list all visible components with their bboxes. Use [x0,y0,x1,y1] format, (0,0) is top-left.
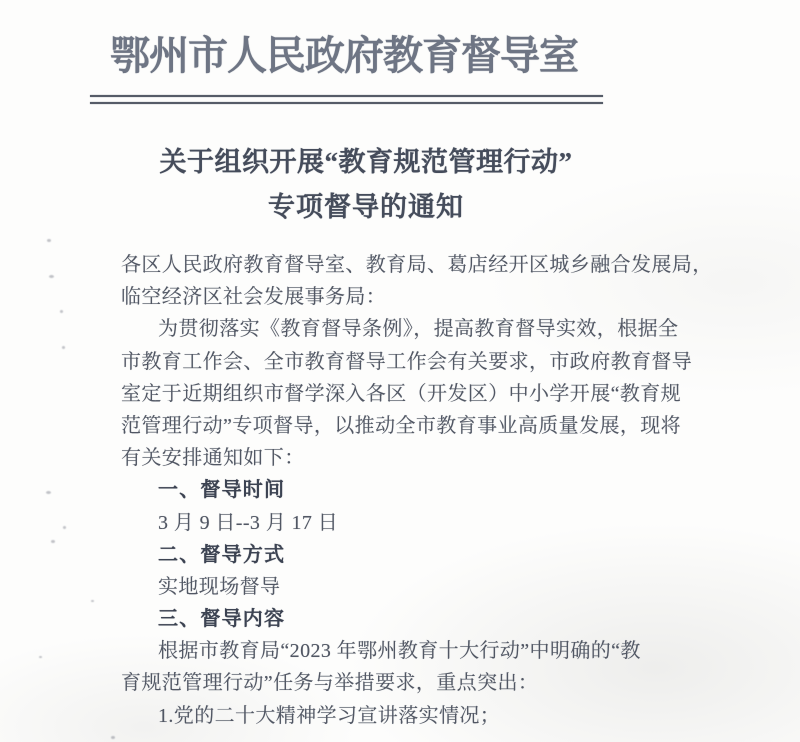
document-title-line-2: 专项督导的通知 [60,190,672,224]
letterhead-rule-bottom [90,102,603,104]
section-1-date-range: 3 月 9 日--3 月 17 日 [121,507,721,539]
letterhead-rule-top [90,95,603,97]
scan-speck [46,491,51,494]
addressee-line-2: 临空经济区社会发展事务局： [121,281,721,313]
scan-speck [60,310,63,313]
scan-speck [63,526,66,529]
document-title: 关于组织开展“教育规范管理行动” 专项督导的通知 [60,144,672,224]
addressee-line-1: 各区人民政府教育督导室、教育局、葛店经开区城乡融合发展局， [121,249,721,281]
scan-speck [91,600,94,602]
intro-paragraph-line-3: 室定于近期组织市督学深入各区（开发区）中小学开展“教育规 [121,378,721,410]
scan-speck [49,275,54,278]
section-3-item-1: 1.党的二十大精神学习宣讲落实情况； [121,700,721,732]
section-2-content: 实地现场督导 [121,571,721,603]
scanned-notice-page: 鄂州市人民政府教育督导室 关于组织开展“教育规范管理行动” 专项督导的通知 各区… [0,0,800,742]
section-3-heading: 三、督导内容 [121,603,721,635]
intro-paragraph-line-5: 有关安排通知如下： [121,442,721,474]
scan-speck [111,736,115,739]
document-body: 各区人民政府教育督导室、教育局、葛店经开区城乡融合发展局， 临空经济区社会发展事… [121,249,721,732]
section-3-paragraph-line-1: 根据市教育局“2023 年鄂州教育十大行动”中明确的“教 [121,635,721,667]
scan-speck [47,239,51,242]
document-title-line-1: 关于组织开展“教育规范管理行动” [60,144,672,180]
intro-paragraph-line-1: 为贯彻落实《教育督导条例》，提高教育督导实效，根据全 [121,313,721,345]
section-3-paragraph-line-2: 育规范管理行动”任务与举措要求，重点突出： [121,667,721,699]
scan-speck [51,540,55,543]
scan-speck [39,656,42,658]
letterhead-org-name: 鄂州市人民政府教育督导室 [94,24,594,81]
scan-speck [62,346,65,349]
section-1-heading: 一、督导时间 [121,474,721,506]
intro-paragraph-line-2: 市教育工作会、全市教育督导工作会有关要求，市政府教育督导 [121,346,721,378]
intro-paragraph-line-4: 范管理行动”专项督导，以推动全市教育事业高质量发展，现将 [121,410,721,442]
section-2-heading: 二、督导方式 [121,539,721,571]
